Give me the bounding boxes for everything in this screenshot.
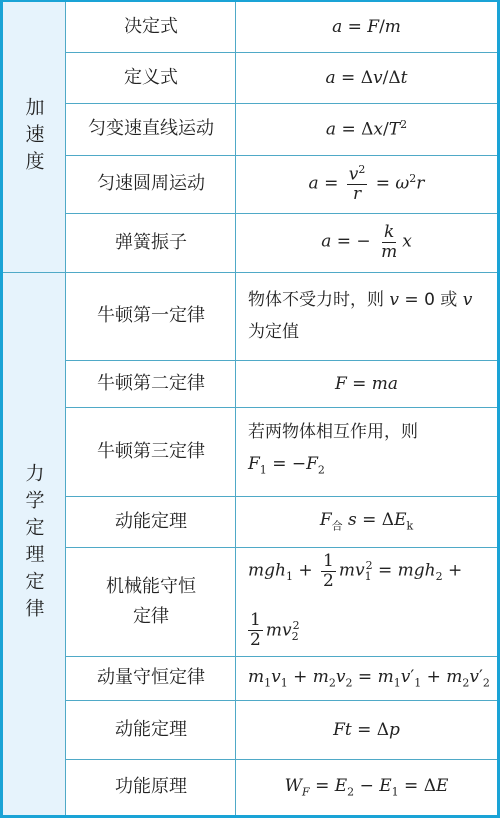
row-name: 匀变速直线运动 bbox=[67, 103, 235, 155]
category-label: 力学定理定律 bbox=[21, 463, 48, 625]
row-formula: a = v2r = ω2r bbox=[236, 155, 497, 213]
category-label: 加速度 bbox=[21, 97, 48, 178]
row-formula: a = F/m bbox=[236, 2, 497, 52]
row-name: 定义式 bbox=[67, 52, 235, 103]
row-name: 牛顿第三定律 bbox=[67, 407, 235, 496]
row-name: 机械能守恒 定律 bbox=[67, 547, 235, 656]
row-formula: 若两物体相互作用，则 F1 = −F2 bbox=[236, 407, 497, 496]
row-name: 弹簧振子 bbox=[67, 213, 235, 272]
row-formula: F = ma bbox=[236, 360, 497, 407]
row-formula: 物体不受力时，则 v = 0 或 v 为定值 bbox=[236, 272, 497, 360]
row-name: 动能定理 bbox=[67, 700, 235, 759]
category-cell-acceleration: 加速度 bbox=[3, 2, 66, 272]
row-formula: a = − kmx bbox=[236, 213, 497, 272]
row-formula: F合 s = ΔEk bbox=[236, 496, 497, 547]
row-formula: m1v1 + m2v2 = m1v′1 + m2v′2 bbox=[236, 656, 497, 700]
subscript-he: 合 bbox=[332, 519, 343, 532]
desc-text: 为定值 bbox=[248, 316, 472, 348]
row-name: 动能定理 bbox=[67, 496, 235, 547]
row-name: 决定式 bbox=[67, 2, 235, 52]
row-name: 牛顿第一定律 bbox=[67, 272, 235, 360]
row-name-line: 机械能守恒 bbox=[106, 572, 196, 602]
row-formula: WF = E2 − E1 = ΔE bbox=[236, 759, 497, 815]
row-name: 牛顿第二定律 bbox=[67, 360, 235, 407]
row-formula: a = Δx/T2 bbox=[236, 103, 497, 155]
row-formula: Ft = Δp bbox=[236, 700, 497, 759]
desc-text: 若两物体相互作用，则 bbox=[248, 416, 418, 448]
row-formula: a = Δv/Δt bbox=[236, 52, 497, 103]
category-cell-mechanics-laws: 力学定理定律 bbox=[3, 272, 66, 815]
row-name: 功能原理 bbox=[67, 759, 235, 815]
row-name-line: 定律 bbox=[133, 602, 169, 632]
row-name: 动量守恒定律 bbox=[67, 656, 235, 700]
desc-text: 物体不受力时，则 bbox=[248, 290, 384, 310]
row-formula: mgh1 + 12mv12 = mgh2 + 12mv22 bbox=[236, 547, 497, 656]
row-name: 匀速圆周运动 bbox=[67, 155, 235, 213]
